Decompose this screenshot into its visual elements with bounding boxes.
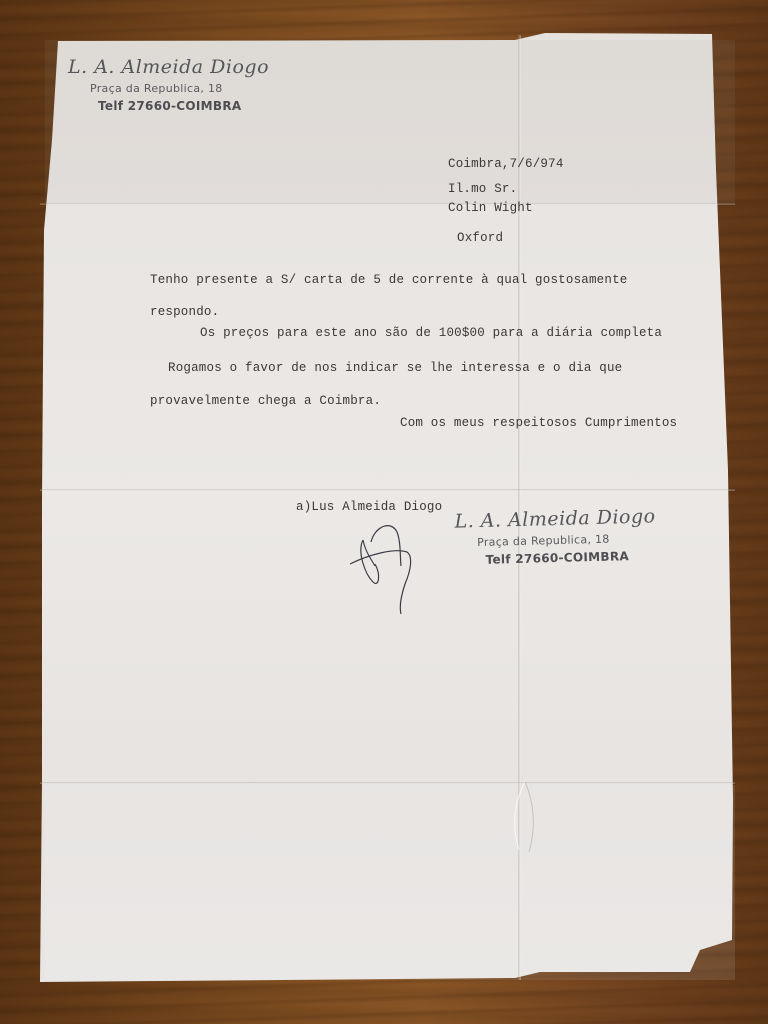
letterhead-address: Praça da Republica, 18 bbox=[90, 82, 269, 95]
paper-panel-bottom bbox=[45, 785, 735, 980]
body-line-5: provavelmente chega a Coimbra. bbox=[150, 394, 381, 408]
crease-icon bbox=[505, 780, 545, 860]
letterhead-top: L. A. Almeida Diogo Praça da Republica, … bbox=[68, 56, 269, 113]
stamp-name: L. A. Almeida Diogo bbox=[454, 505, 656, 532]
letterhead-stamp: L. A. Almeida Diogo Praça da Republica, … bbox=[454, 505, 656, 567]
signature-icon bbox=[345, 522, 425, 617]
body-line-3: Os preços para este ano são de 100$00 pa… bbox=[200, 326, 662, 340]
stamp-address: Praça da Republica, 18 bbox=[477, 531, 656, 549]
handwritten-signature bbox=[345, 522, 425, 622]
fold-line-2 bbox=[40, 489, 735, 491]
body-line-4: Rogamos o favor de nos indicar se lhe in… bbox=[168, 361, 622, 375]
body-line-1: Tenho presente a S/ carta de 5 de corren… bbox=[150, 273, 627, 287]
signed-by: a)Lus Almeida Diogo bbox=[296, 500, 442, 514]
paper-crease bbox=[505, 780, 545, 865]
place-date: Coimbra,7/6/974 bbox=[448, 157, 564, 171]
closing: Com os meus respeitosos Cumprimentos bbox=[400, 416, 677, 430]
recipient-name: Colin Wight bbox=[448, 201, 533, 215]
recipient-city: Oxford bbox=[457, 231, 503, 245]
fold-line-1 bbox=[40, 203, 735, 205]
body-line-2: respondo. bbox=[150, 305, 219, 319]
salutation: Il.mo Sr. bbox=[448, 182, 517, 196]
letterhead-name: L. A. Almeida Diogo bbox=[68, 56, 269, 78]
letterhead-telephone: Telf 27660-COIMBRA bbox=[98, 99, 269, 113]
fold-line-3 bbox=[40, 782, 735, 784]
stamp-telephone: Telf 27660-COIMBRA bbox=[485, 548, 656, 566]
